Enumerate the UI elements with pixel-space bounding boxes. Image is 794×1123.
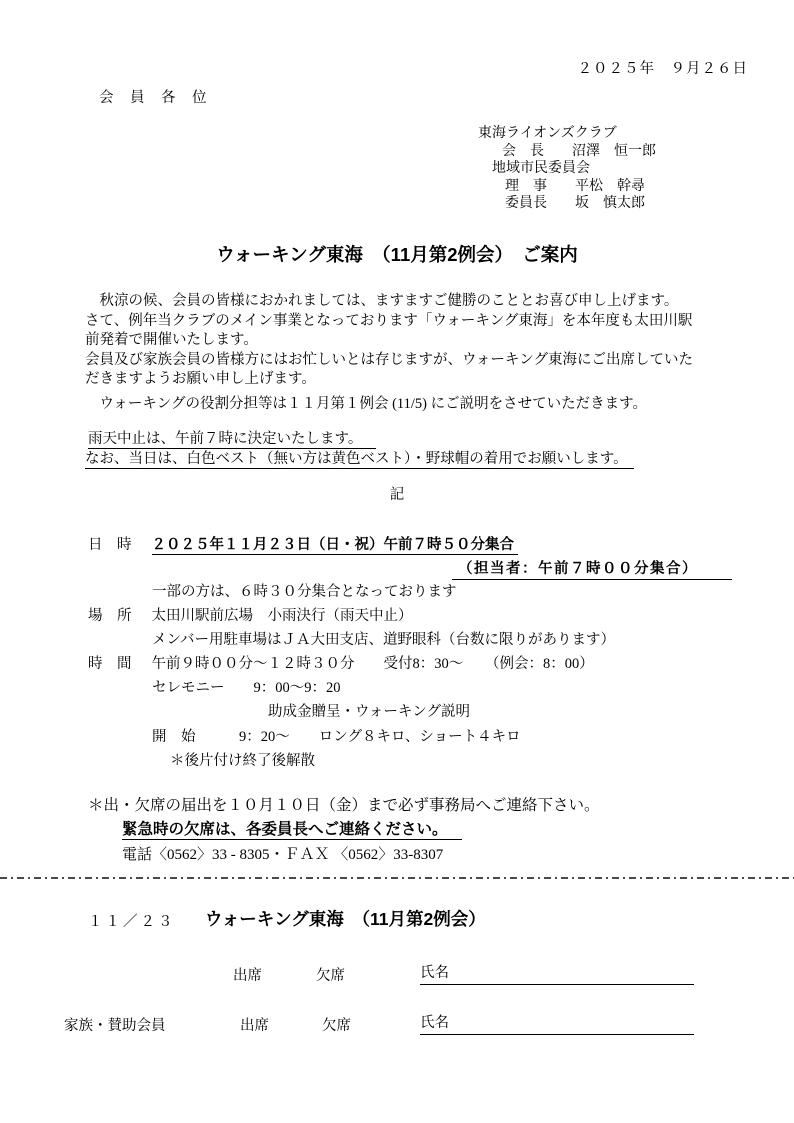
urgent-note: 緊急時の欠席は、各委員長へご連絡ください。 [122,817,462,839]
document-page: ２０２５年 ９月２６日 会 員 各 位 東海ライオンズクラブ 会 長沼澤 恒一郎… [0,0,794,1123]
body-line: 秋涼の候、会員の皆様におかれましては、ますますご健勝のこととお喜び申し上げます。 [85,289,678,310]
place-label: 場 所 [88,604,132,625]
slip-date: １１／２３ [88,910,176,931]
body-line: さて、例年当クラブのメイン事業となっております「ウォーキング東海」を本年度も太田… [85,309,692,330]
family-row-label: 家族・賛助会員 [64,1014,166,1035]
family-attend-label: 出席 [240,1014,269,1035]
addressee: 会 員 各 位 [99,86,208,107]
cut-line [0,877,794,879]
datetime-value: ２０２５年１１月２３日（日・祝）午前７時５０分集合 [152,537,519,555]
sender-chair: 委員長坂 慎太郎 [505,192,645,212]
sender-chair-role: 委員長 [505,196,547,211]
ceremony-row: セレモニー 9：00～9：20 [152,676,341,697]
staff-note-row: （担当者：午前７時００分集合） [452,557,732,578]
time-value: 午前９時００分～１２時３０分 受付8：30～ （例会：8：00） [152,656,594,672]
family-name-field: 氏名 [420,1011,694,1035]
family-absent-label: 欠席 [322,1014,351,1035]
staff-note-text: （担当者：午前７時００分集合） [452,561,732,580]
contact-line: 電話〈0562〉33 - 8305・ＦＡＸ 〈0562〉33-8307 [122,843,443,864]
rsvp-note: ＊出・欠席の届出を１０月１０日（金）まで必ず事務局へご連絡下さい。 [88,793,600,815]
rain-cancel-notice: 雨天中止は、午前７時に決定いたします。 [88,427,376,448]
body-paragraph-2: ウォーキングの役割分担等は１１月第１例会 (11/5) にご説明をさせていただき… [85,392,647,413]
time-label: 時 間 [88,652,132,673]
urgent-note-text: 緊急時の欠席は、各委員長へご連絡ください。 [122,821,462,840]
member-attend-label: 出席 [233,964,262,985]
vest-notice: なお、当日は、白色ベスト（無い方は黄色ベスト）・野球帽の着用でお願いします。 [85,447,634,468]
member-name-field: 氏名 [420,961,694,985]
place-value: 太田川駅前広場 小雨決行（雨天中止） [152,608,413,624]
place-row: 場 所太田川駅前広場 小雨決行（雨天中止） [88,604,413,625]
record-marker: 記 [0,483,794,504]
body-line: 会員及び家族会員の皆様方にはお忙しいとは存じますが、ウォーキング東海にご出席して… [85,348,693,369]
member-absent-label: 欠席 [316,964,345,985]
sender-chair-name: 坂 慎太郎 [575,196,645,211]
start-row: 開 始 9：20～ ロング８キロ、ショート４キロ [152,725,521,746]
ceremony-desc: 助成金贈呈・ウォーキング説明 [268,700,470,721]
vest-notice-text: なお、当日は、白色ベスト（無い方は黄色ベスト）・野球帽の着用でお願いします。 [85,451,634,469]
slip-title: ウォーキング東海 （11月第2例会） [205,906,486,931]
time-row: 時 間午前９時００分～１２時３０分 受付8：30～ （例会：8：00） [88,652,594,673]
page-title: ウォーキング東海 （11月第2例会） ご案内 [0,241,794,267]
parking-note: メンバー用駐車場はＪＡ大田支店、道野眼科（台数に限りがあります） [152,628,615,649]
datetime-row: 日 時２０２５年１１月２３日（日・祝）午前７時５０分集合 [88,533,518,554]
date-line: ２０２５年 ９月２６日 [0,57,748,78]
family-name-label: 氏名 [420,1015,449,1031]
body-line: だきますようお願い申し上げます。 [85,367,316,388]
dismiss-note: ＊後片付け終了後解散 [170,749,315,770]
early-note: 一部の方は、６時３０分集合となっております [152,580,457,601]
datetime-label: 日 時 [88,533,132,554]
body-line: 前発着で開催いたします。 [85,328,258,349]
member-name-label: 氏名 [420,965,449,981]
